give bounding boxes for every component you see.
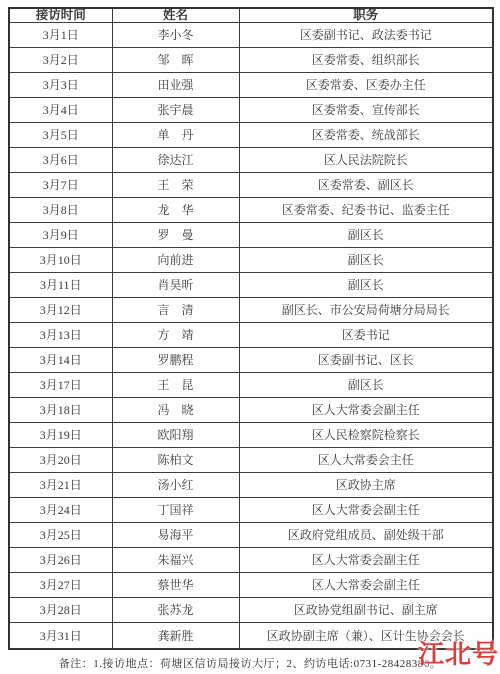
cell-date: 3月10日: [9, 247, 112, 272]
cell-date: 3月17日: [9, 372, 112, 397]
cell-title: 区人大常委会主任: [239, 448, 493, 473]
table-row: 3月12日 言 清 副区长、市公安局荷塘分局局长: [9, 297, 493, 322]
document-page: 接访时间 姓名 职务 3月1日 李小冬 区委副书记、政法委书记 3月2日 邹 晖…: [0, 0, 500, 674]
cell-title: 副区长: [239, 222, 493, 247]
cell-name: 罗鹏程: [112, 347, 239, 372]
cell-title: 区委常委、纪委书记、监委主任: [239, 197, 493, 222]
cell-name: 丁国祥: [112, 498, 239, 523]
cell-date: 3月8日: [9, 197, 112, 222]
cell-title: 区政协党组副书记、副主席: [239, 598, 493, 623]
table-row: 3月18日 冯 晓 区人大常委会副主任: [9, 397, 493, 422]
cell-title: 区人民法院院长: [239, 147, 493, 172]
cell-date: 3月27日: [9, 573, 112, 598]
cell-date: 3月14日: [9, 347, 112, 372]
cell-title: 区人大常委会副主任: [239, 498, 493, 523]
cell-name: 罗 曼: [112, 222, 239, 247]
cell-name: 单 丹: [112, 122, 239, 147]
cell-name: 欧阳翔: [112, 423, 239, 448]
cell-name: 朱福兴: [112, 548, 239, 573]
cell-date: 3月21日: [9, 473, 112, 498]
cell-date: 3月5日: [9, 122, 112, 147]
cell-date: 3月28日: [9, 598, 112, 623]
watermark-brand: 江北号: [418, 634, 499, 671]
cell-date: 3月24日: [9, 498, 112, 523]
cell-name: 张宇晨: [112, 97, 239, 122]
table-row: 3月26日 朱福兴 区人大常委会副主任: [9, 548, 493, 573]
table-row: 3月11日 肖昊昕 副区长: [9, 272, 493, 297]
header-name: 姓名: [112, 8, 239, 22]
table-row: 3月17日 王 昆 副区长: [9, 372, 493, 397]
cell-name: 肖昊昕: [112, 272, 239, 297]
cell-date: 3月13日: [9, 322, 112, 347]
cell-name: 邹 晖: [112, 47, 239, 72]
cell-title: 区委副书记、政法委书记: [239, 22, 493, 47]
table-row: 3月8日 龙 华 区委常委、纪委书记、监委主任: [9, 197, 493, 222]
cell-date: 3月9日: [9, 222, 112, 247]
table-row: 3月21日 汤小红 区政协主席: [9, 473, 493, 498]
cell-name: 龙 华: [112, 197, 239, 222]
table-row: 3月10日 向前进 副区长: [9, 247, 493, 272]
cell-date: 3月4日: [9, 97, 112, 122]
cell-date: 3月18日: [9, 397, 112, 422]
cell-title: 区政府党组成员、副处级干部: [239, 523, 493, 548]
table-row: 3月5日 单 丹 区委常委、统战部长: [9, 122, 493, 147]
cell-name: 徐达江: [112, 147, 239, 172]
cell-date: 3月26日: [9, 548, 112, 573]
cell-date: 3月12日: [9, 297, 112, 322]
cell-name: 方 靖: [112, 322, 239, 347]
cell-title: 区人大常委会副主任: [239, 397, 493, 422]
cell-title: 区委常委、组织部长: [239, 47, 493, 72]
cell-name: 向前进: [112, 247, 239, 272]
cell-name: 汤小红: [112, 473, 239, 498]
table-row: 3月25日 易海平 区政府党组成员、副处级干部: [9, 523, 493, 548]
cell-date: 3月20日: [9, 448, 112, 473]
cell-name: 冯 晓: [112, 397, 239, 422]
table-row: 3月7日 王 荣 区委常委、副区长: [9, 172, 493, 197]
cell-name: 王 荣: [112, 172, 239, 197]
cell-name: 田业强: [112, 72, 239, 97]
table-row: 3月9日 罗 曼 副区长: [9, 222, 493, 247]
cell-date: 3月2日: [9, 47, 112, 72]
header-position: 职务: [239, 8, 493, 22]
table-row: 3月13日 方 靖 区委书记: [9, 322, 493, 347]
table-body: 3月1日 李小冬 区委副书记、政法委书记 3月2日 邹 晖 区委常委、组织部长 …: [9, 22, 493, 649]
cell-name: 言 清: [112, 297, 239, 322]
table-row: 3月2日 邹 晖 区委常委、组织部长: [9, 47, 493, 72]
header-row: 接访时间 姓名 职务: [9, 8, 493, 22]
cell-title: 副区长: [239, 272, 493, 297]
cell-title: 区人大常委会副主任: [239, 548, 493, 573]
table-row: 3月19日 欧阳翔 区人民检察院检察长: [9, 423, 493, 448]
cell-title: 区委副书记、区长: [239, 347, 493, 372]
table-row: 3月14日 罗鹏程 区委副书记、区长: [9, 347, 493, 372]
table-row: 3月1日 李小冬 区委副书记、政法委书记: [9, 22, 493, 47]
cell-name: 蔡世华: [112, 573, 239, 598]
table-row: 3月24日 丁国祥 区人大常委会副主任: [9, 498, 493, 523]
cell-title: 区委常委、副区长: [239, 172, 493, 197]
header-reception-time: 接访时间: [9, 8, 112, 22]
cell-title: 区委书记: [239, 322, 493, 347]
cell-date: 3月19日: [9, 423, 112, 448]
table-row: 3月28日 张苏龙 区政协党组副书记、副主席: [9, 598, 493, 623]
cell-title: 区委常委、宣传部长: [239, 97, 493, 122]
cell-title: 区人民检察院检察长: [239, 423, 493, 448]
cell-date: 3月6日: [9, 147, 112, 172]
cell-title: 区委常委、统战部长: [239, 122, 493, 147]
cell-date: 3月31日: [9, 623, 112, 649]
cell-date: 3月1日: [9, 22, 112, 47]
cell-date: 3月7日: [9, 172, 112, 197]
table-row: 3月6日 徐达江 区人民法院院长: [9, 147, 493, 172]
cell-date: 3月3日: [9, 72, 112, 97]
cell-name: 陈柏文: [112, 448, 239, 473]
table-row: 3月3日 田业强 区委常委、区委办主任: [9, 72, 493, 97]
table-row: 3月27日 蔡世华 区人大常委会副主任: [9, 573, 493, 598]
cell-title: 副区长: [239, 372, 493, 397]
cell-title: 区委常委、区委办主任: [239, 72, 493, 97]
cell-date: 3月11日: [9, 272, 112, 297]
table-row: 3月4日 张宇晨 区委常委、宣传部长: [9, 97, 493, 122]
cell-title: 副区长、市公安局荷塘分局局长: [239, 297, 493, 322]
cell-title: 副区长: [239, 247, 493, 272]
cell-name: 张苏龙: [112, 598, 239, 623]
cell-name: 龚新胜: [112, 623, 239, 649]
cell-name: 王 昆: [112, 372, 239, 397]
reception-schedule-table: 接访时间 姓名 职务 3月1日 李小冬 区委副书记、政法委书记 3月2日 邹 晖…: [8, 7, 494, 650]
cell-date: 3月25日: [9, 523, 112, 548]
cell-title: 区人大常委会副主任: [239, 573, 493, 598]
cell-title: 区政协主席: [239, 473, 493, 498]
table-row: 3月20日 陈柏文 区人大常委会主任: [9, 448, 493, 473]
cell-name: 李小冬: [112, 22, 239, 47]
cell-name: 易海平: [112, 523, 239, 548]
